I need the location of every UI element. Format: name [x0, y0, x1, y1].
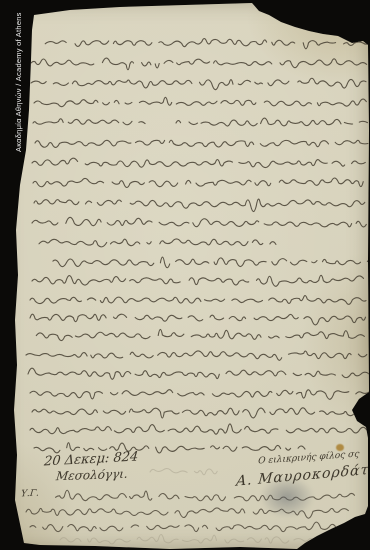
archive-watermark-label: Ακαδημία Αθηνών / Academy of Athens	[13, 18, 25, 152]
handwriting-line	[33, 178, 363, 187]
handwriting-line	[36, 329, 364, 340]
manuscript-paper: 20 Δεκεμ: 824 Μεσολόγγι. Ο ειλικρινής φί…	[0, 0, 370, 550]
handwriting-line	[45, 39, 369, 49]
handwriting-line	[34, 443, 305, 453]
handwriting-line	[31, 58, 367, 70]
scanned-manuscript: Ακαδημία Αθηνών / Academy of Athens 20 Δ…	[0, 0, 370, 550]
handwriting-line	[32, 408, 362, 418]
handwriting-line	[39, 239, 276, 247]
handwriting-line	[30, 314, 365, 325]
handwriting-line	[30, 522, 358, 532]
wax-stain-spot	[336, 444, 344, 451]
handwriting-line	[150, 468, 217, 474]
handwriting-line	[35, 140, 368, 147]
handwriting-line	[32, 217, 366, 227]
handwriting-line	[34, 199, 365, 211]
handwriting-line	[34, 97, 366, 106]
handwriting-line	[30, 296, 366, 305]
handwriting-line	[28, 368, 369, 379]
place-line: Μεσολόγγι.	[55, 467, 128, 484]
handwriting-line	[31, 78, 366, 89]
handwriting-line	[26, 351, 367, 360]
handwriting-line	[30, 390, 369, 400]
postscript-prefix: Υ.Γ.	[20, 489, 39, 500]
handwriting-line	[53, 257, 370, 268]
handwriting-line	[176, 118, 368, 126]
handwriting-line	[32, 158, 365, 167]
handwriting-line	[30, 424, 367, 434]
handwriting-line	[33, 119, 145, 125]
handwriting-line	[32, 275, 364, 286]
handwriting-line	[60, 534, 331, 543]
